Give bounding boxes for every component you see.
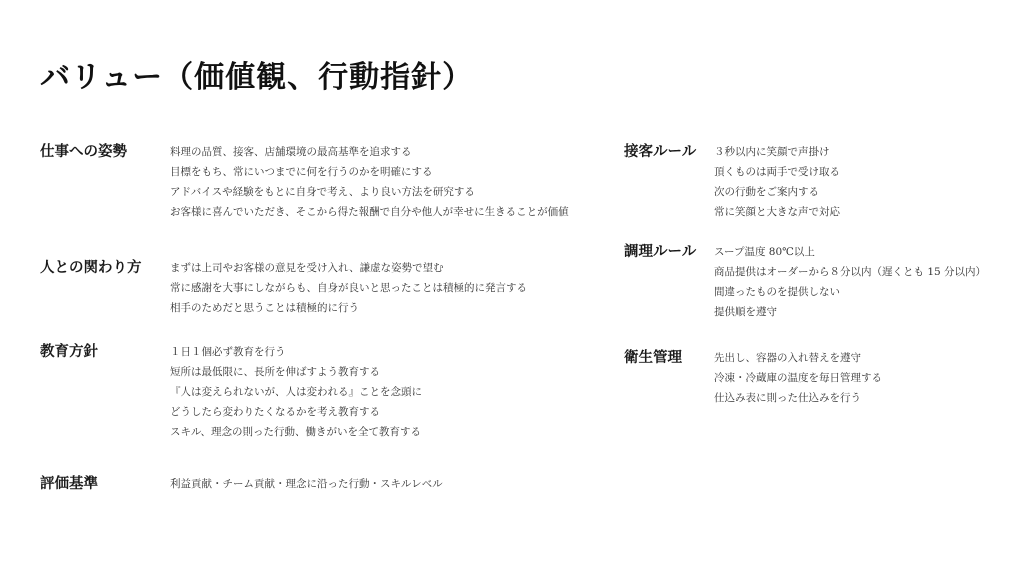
list-item: １日１個必ず教育を行う (170, 342, 422, 362)
section-heading: 評価基準 (40, 472, 98, 493)
list-item: 冷凍・冷蔵庫の温度を毎日管理する (714, 368, 882, 388)
list-item: 仕込み表に則った仕込みを行う (714, 388, 882, 408)
list-item: 先出し、容器の入れ替えを遵守 (714, 348, 882, 368)
section-lines: ３秒以内に笑顔で声掛け 頂くものは両手で受け取る 次の行動をご案内する 常に笑顔… (714, 142, 840, 222)
section-lines: 先出し、容器の入れ替えを遵守 冷凍・冷蔵庫の温度を毎日管理する 仕込み表に則った… (714, 348, 882, 408)
section-heading: 接客ルール (624, 140, 696, 161)
section-heading: 仕事への姿勢 (40, 140, 127, 161)
section-lines: 利益貢献・チーム貢献・理念に沿った行動・スキルレベル (170, 474, 443, 494)
list-item: 短所は最低限に、長所を伸ばすよう教育する (170, 362, 422, 382)
section-lines: 料理の品質、接客、店舗環境の最高基準を追求する 目標をもち、常にいつまでに何を行… (170, 142, 569, 222)
list-item: 頂くものは両手で受け取る (714, 162, 840, 182)
list-item: スキル、理念の則った行動、働きがいを全て教育する (170, 422, 422, 442)
list-item: 常に笑顔と大きな声で対応 (714, 202, 840, 222)
section-heading: 人との関わり方 (40, 256, 142, 277)
list-item: 提供順を遵守 (714, 302, 986, 322)
section-heading: 調理ルール (624, 240, 696, 261)
list-item: どうしたら変わりたくなるかを考え教育する (170, 402, 422, 422)
list-item: 間違ったものを提供しない (714, 282, 986, 302)
section-lines: スープ温度 80℃以上 商品提供はオーダーから８分以内（遅くとも 15 分以内）… (714, 242, 986, 322)
list-item: 相手のためだと思うことは積極的に行う (170, 298, 527, 318)
list-item: 次の行動をご案内する (714, 182, 840, 202)
list-item: ３秒以内に笑顔で声掛け (714, 142, 840, 162)
list-item: まずは上司やお客様の意見を受け入れ、謙虚な姿勢で望む (170, 258, 527, 278)
list-item: 『人は変えられないが、人は変われる』ことを念頭に (170, 382, 422, 402)
list-item: 商品提供はオーダーから８分以内（遅くとも 15 分以内） (714, 262, 986, 282)
section-lines: １日１個必ず教育を行う 短所は最低限に、長所を伸ばすよう教育する 『人は変えられ… (170, 342, 422, 442)
section-lines: まずは上司やお客様の意見を受け入れ、謙虚な姿勢で望む 常に感謝を大事にしながらも… (170, 258, 527, 318)
page-title: バリュー（価値観、行動指針） (40, 52, 473, 96)
section-heading: 衛生管理 (624, 346, 682, 367)
list-item: 目標をもち、常にいつまでに何を行うのかを明確にする (170, 162, 569, 182)
list-item: アドバイスや経験をもとに自身で考え、より良い方法を研究する (170, 182, 569, 202)
section-heading: 教育方針 (40, 340, 98, 361)
list-item: スープ温度 80℃以上 (714, 242, 986, 262)
list-item: 常に感謝を大事にしながらも、自身が良いと思ったことは積極的に発言する (170, 278, 527, 298)
list-item: お客様に喜んでいただき、そこから得た報酬で自分や他人が幸せに生きることが価値 (170, 202, 569, 222)
list-item: 料理の品質、接客、店舗環境の最高基準を追求する (170, 142, 569, 162)
list-item: 利益貢献・チーム貢献・理念に沿った行動・スキルレベル (170, 474, 443, 494)
